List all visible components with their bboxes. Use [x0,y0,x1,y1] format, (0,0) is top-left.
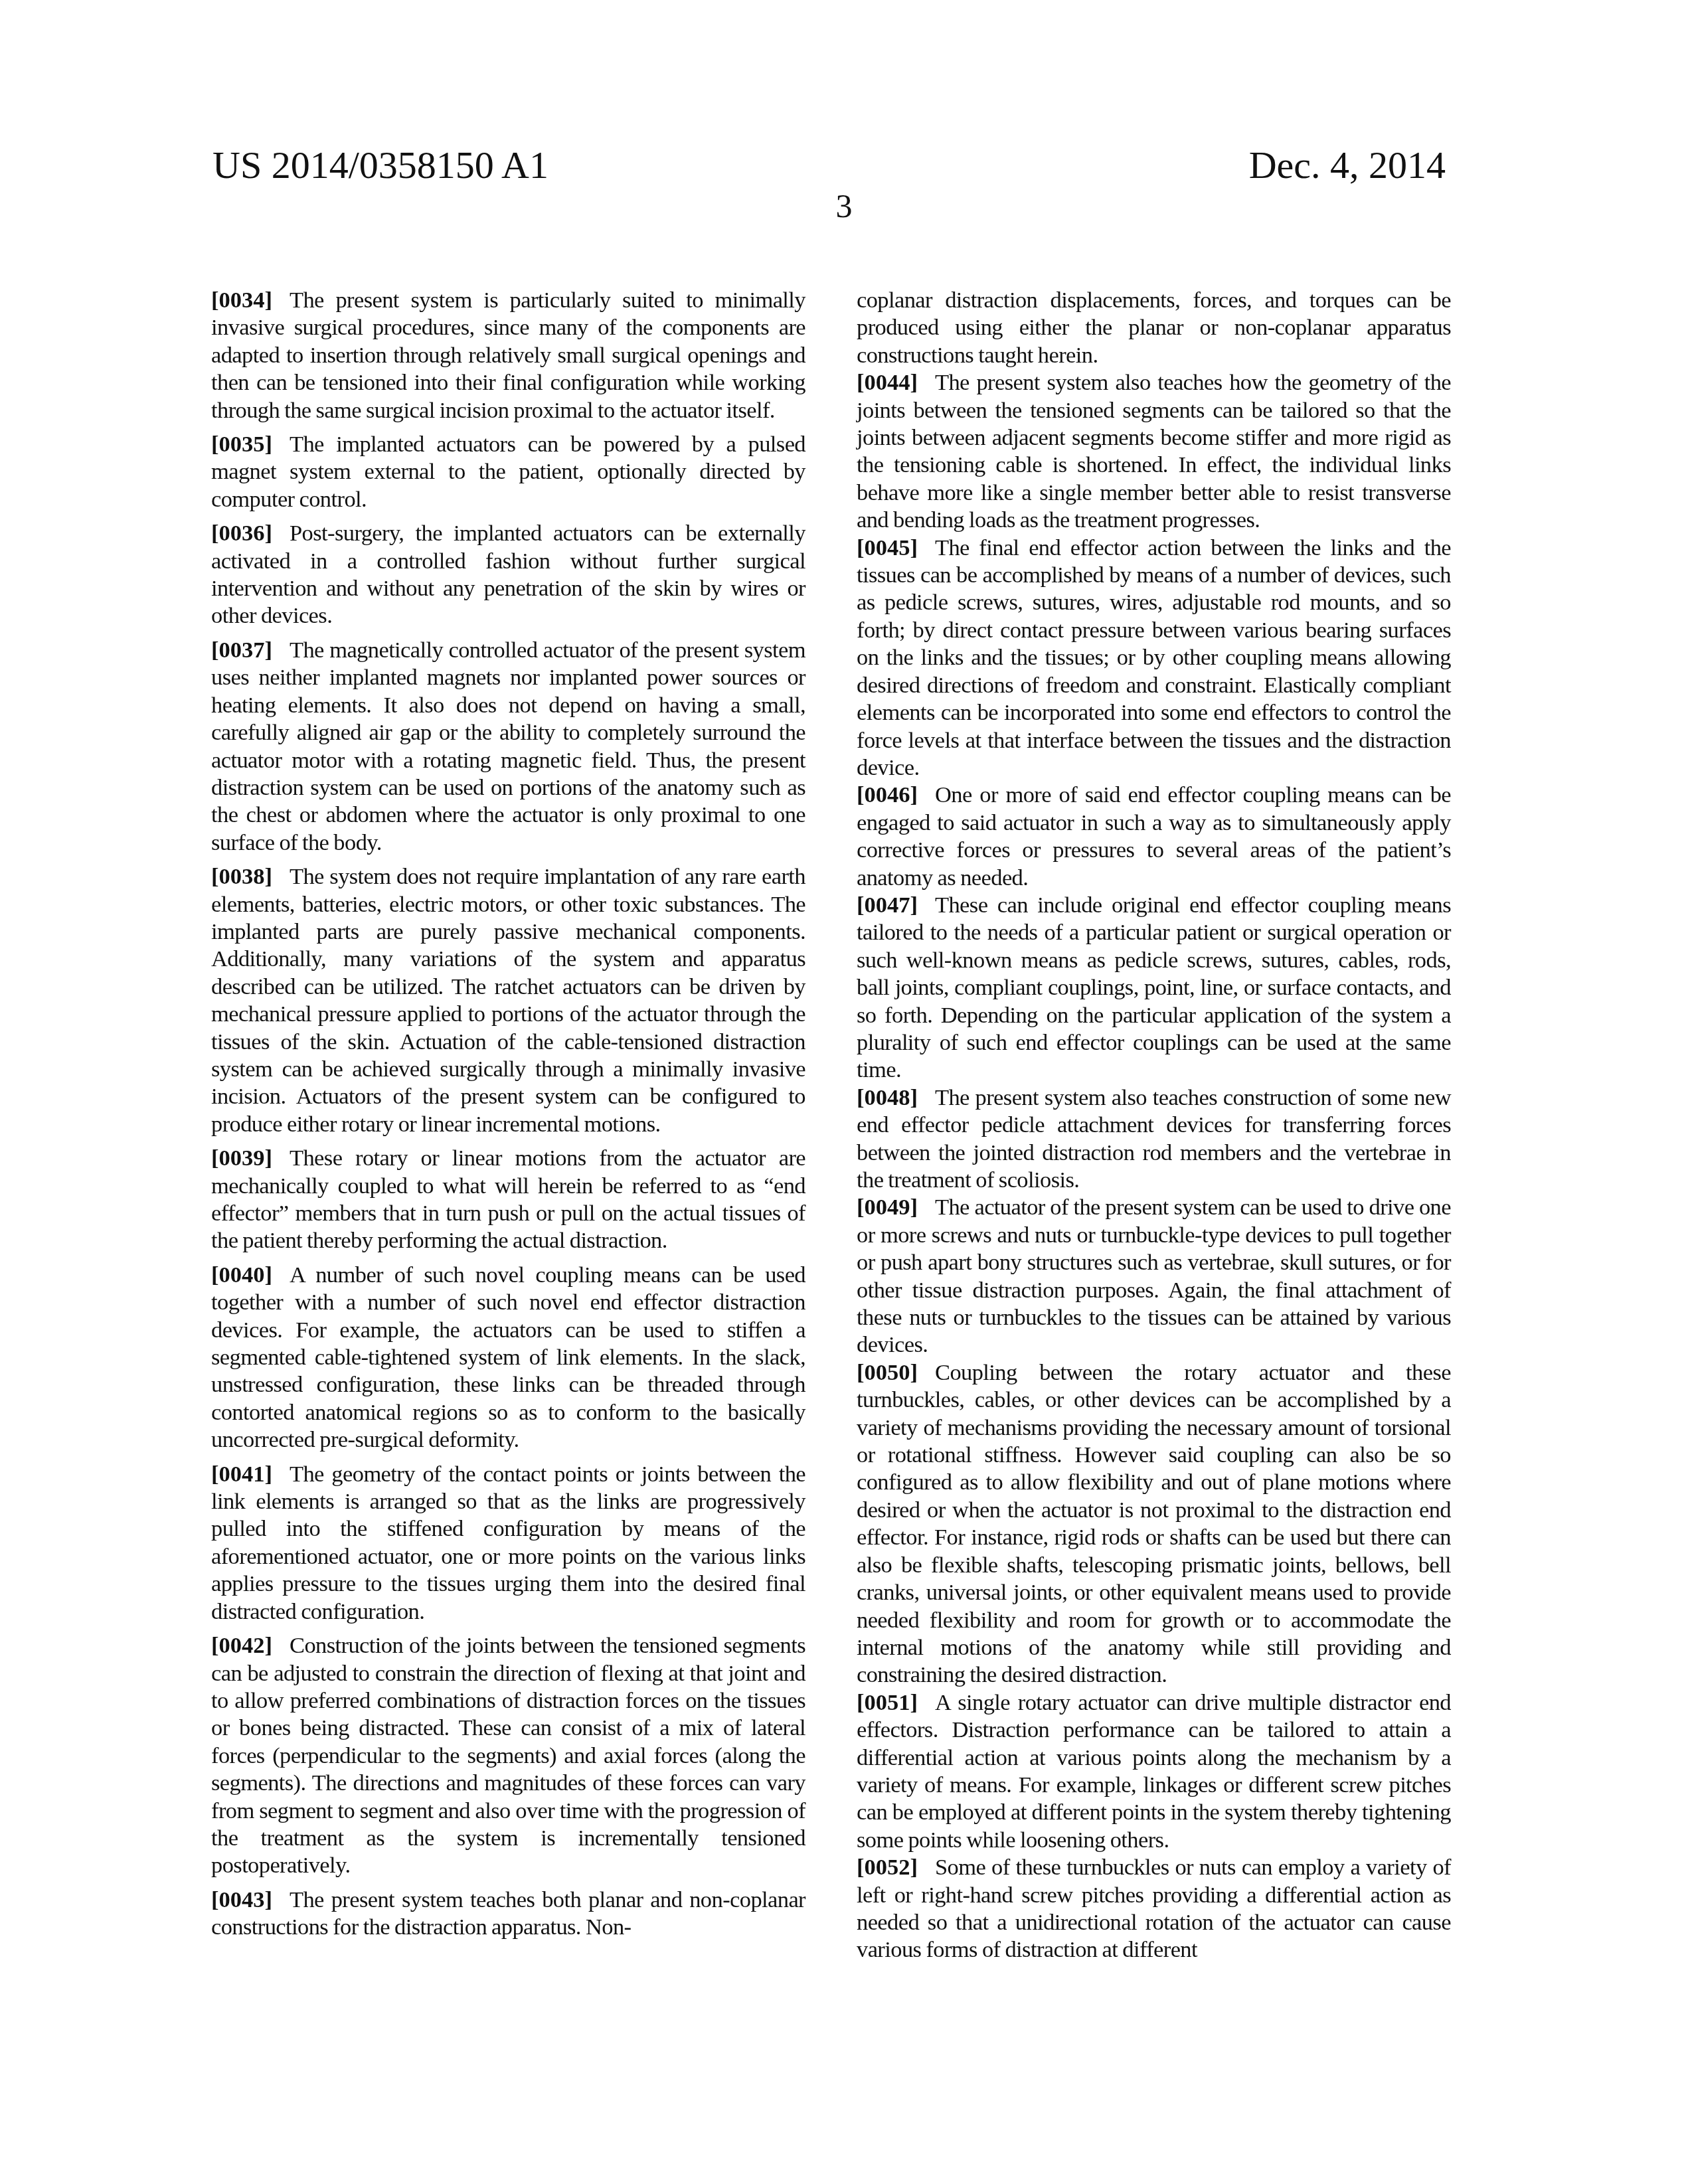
paragraph-number: [0034] [211,288,272,313]
paragraph-0035: [0035]The implanted actuators can be pow… [211,431,805,513]
paragraph-number: [0038] [211,864,272,889]
paragraph-number: [0035] [211,432,272,457]
paragraph-number: [0037] [211,637,272,663]
paragraph-text: coplanar distraction displacements, forc… [857,288,1451,368]
paragraph-number: [0051] [857,1690,918,1715]
paragraph-0038: [0038]The system does not require implan… [211,863,805,1138]
paragraph-text: The present system also teaches construc… [857,1085,1451,1193]
paragraph-0043: [0043]The present system teaches both pl… [211,1887,805,1942]
left-column: [0034]The present system is particularly… [211,287,805,1948]
paragraph-number: [0047] [857,892,918,918]
paragraph-text: The present system teaches both planar a… [211,1887,805,1940]
paragraph-number: [0040] [211,1262,272,1288]
paragraph-0052: [0052]Some of these turnbuckles or nuts … [857,1854,1451,1964]
paragraph-text: The present system also teaches how the … [857,370,1451,533]
paragraph-text: These can include original end effector … [857,892,1451,1082]
paragraph-number: [0039] [211,1145,272,1171]
paragraph-text: Post-surgery, the implanted actuators ca… [211,521,805,628]
paragraph-text: The final end effector action between th… [857,535,1451,780]
paragraph-text: The implanted actuators can be powered b… [211,432,805,512]
paragraph-0048: [0048]The present system also teaches co… [857,1084,1451,1195]
paragraph-0036: [0036]Post-surgery, the implanted actuat… [211,520,805,630]
paragraph-number: [0044] [857,370,918,395]
paragraph-number: [0036] [211,521,272,546]
paragraph-text: The magnetically controlled actuator of … [211,637,805,855]
paragraph-text: These rotary or linear motions from the … [211,1145,805,1253]
paragraph-number: [0048] [857,1085,918,1110]
paragraph-0051: [0051]A single rotary actuator can drive… [857,1689,1451,1854]
paragraph-number: [0043] [211,1887,272,1912]
paragraph-text: Some of these turnbuckles or nuts can em… [857,1855,1451,1962]
paragraph-0045: [0045]The final end effector action betw… [857,535,1451,782]
paragraph-number: [0045] [857,535,918,560]
paragraph-text: The present system is particularly suite… [211,288,805,423]
paragraph-0041: [0041]The geometry of the contact points… [211,1461,805,1626]
paragraph-number: [0050] [857,1360,918,1385]
paragraph-0046: [0046]One or more of said end effector c… [857,782,1451,892]
paragraph-0034: [0034]The present system is particularly… [211,287,805,424]
paragraph-number: [0046] [857,782,918,807]
paragraph-0044: [0044]The present system also teaches ho… [857,369,1451,534]
paragraph-0039: [0039]These rotary or linear motions fro… [211,1145,805,1255]
paragraph-0040: [0040]A number of such novel coupling me… [211,1262,805,1454]
publication-date: Dec. 4, 2014 [1249,145,1446,186]
paragraph-text: The system does not require implantation… [211,864,805,1137]
paragraph-text: Construction of the joints between the t… [211,1633,805,1878]
paragraph-number: [0052] [857,1855,918,1880]
paragraph-number: [0041] [211,1462,272,1487]
paragraph-text: Coupling between the rotary actuator and… [857,1360,1451,1687]
right-column: coplanar distraction displacements, forc… [857,287,1451,1964]
paragraph-0037: [0037]The magnetically controlled actuat… [211,637,805,857]
paragraph-0049: [0049]The actuator of the present system… [857,1194,1451,1359]
paragraph-0042: [0042]Construction of the joints between… [211,1632,805,1880]
paragraph-number: [0042] [211,1633,272,1658]
paragraph-text: A number of such novel coupling means ca… [211,1262,805,1452]
paragraph-text: One or more of said end effector couplin… [857,782,1451,890]
publication-number: US 2014/0358150 A1 [212,145,549,186]
paragraph-0050: [0050]Coupling between the rotary actuat… [857,1359,1451,1689]
page-number: 3 [0,187,1688,224]
paragraph-0043-continued: coplanar distraction displacements, forc… [857,287,1451,369]
paragraph-0047: [0047]These can include original end eff… [857,892,1451,1084]
paragraph-text: The actuator of the present system can b… [857,1195,1451,1357]
paragraph-text: A single rotary actuator can drive multi… [857,1690,1451,1853]
paragraph-number: [0049] [857,1195,918,1220]
paragraph-text: The geometry of the contact points or jo… [211,1462,805,1624]
